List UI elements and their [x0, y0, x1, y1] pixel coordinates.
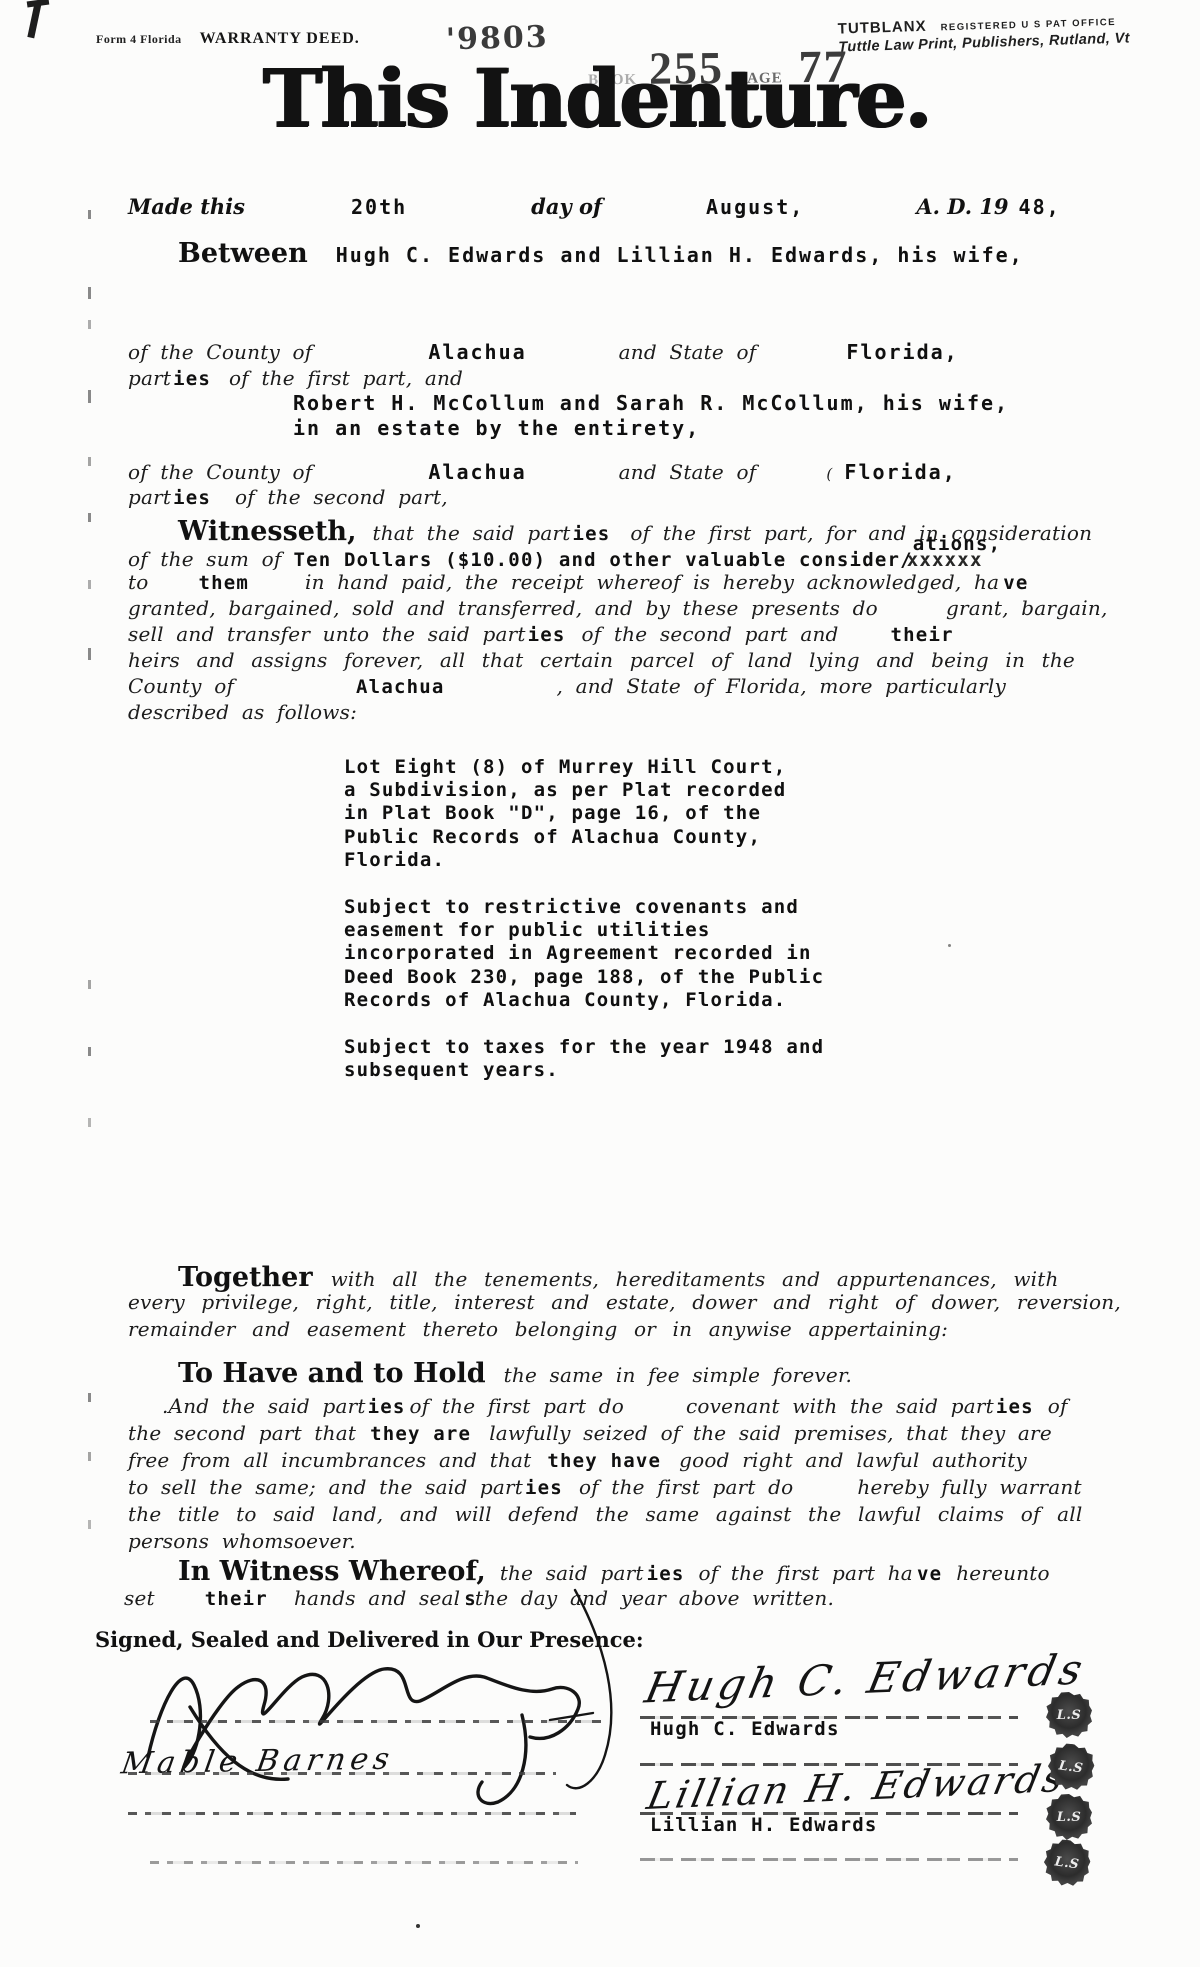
covenant-line-1: .And the said partiesof the first part d…: [162, 1396, 1068, 1418]
typed-insert: their: [891, 624, 954, 646]
between-label: Between: [178, 238, 308, 269]
habendum-line: To Have and to Hold the same in fee simp…: [178, 1360, 852, 1387]
taxes-clause-line: subsequent years.: [344, 1061, 559, 1080]
grantee-county-value: Alachua: [428, 460, 526, 484]
witnesseth-text: of the second part and: [582, 622, 839, 646]
margin-tick: [88, 648, 91, 660]
typed-insert: ies: [368, 1396, 406, 1418]
margin-tick: [88, 1520, 91, 1529]
witnesseth-text: , and State of Florida, more particularl…: [557, 674, 1006, 698]
witness-signature-line: [150, 1720, 602, 1723]
typed-insert: their: [205, 1588, 268, 1610]
grantor-state-value: Florida,: [846, 340, 958, 364]
part-suffix-typed: ies: [173, 368, 211, 390]
legal-description-line: a Subdivision, as per Plat recorded: [344, 781, 786, 800]
covenant-text: to sell the same; and the said part: [128, 1475, 523, 1499]
together-line-1: Together with all the tenements, heredit…: [178, 1264, 1059, 1291]
typed-insert: ies: [528, 624, 566, 646]
seal-label: L.S: [1057, 1811, 1082, 1824]
covenants-clause-line: Deed Book 230, page 188, of the Public: [344, 968, 824, 987]
notary-seal-ls: L.S: [1046, 1692, 1092, 1738]
consideration-typed: Ten Dollars ($10.00) and other valuable …: [293, 549, 912, 571]
together-text: with all the tenements, hereditaments an…: [331, 1267, 1059, 1291]
covenant-line-6: persons whomsoever.: [128, 1531, 356, 1552]
witnesseth-text: to: [128, 570, 148, 594]
typed-insert: ve: [1003, 572, 1028, 594]
deed-type-label: WARRANTY DEED.: [200, 30, 360, 47]
covenant-text: hereby fully warrant: [857, 1475, 1081, 1499]
correction-strikeout: xxxxxx: [907, 551, 983, 570]
form-number-label: Form 4 Florida: [96, 32, 182, 46]
witness-signature-scrawl: [130, 1645, 610, 1810]
together-label: Together: [178, 1262, 313, 1293]
first-part-rest: of the first part, and: [229, 366, 463, 390]
margin-tick: [88, 1393, 91, 1402]
state-of-label: and State of: [619, 460, 757, 484]
covenant-text: lawfully seized of the said premises, th…: [489, 1421, 1052, 1445]
witnesseth-line-4: granted, bargained, sold and transferred…: [128, 598, 1108, 620]
witnesseth-line-6: heirs and assigns forever, all that cert…: [128, 650, 1075, 671]
legal-description-line: Lot Eight (8) of Murrey Hill Court,: [344, 758, 786, 777]
covenant-line-4: to sell the same; and the said parties o…: [128, 1477, 1082, 1499]
covenants-clause-line: Subject to restrictive covenants and: [344, 898, 799, 917]
covenant-text: of the first part do: [579, 1475, 793, 1499]
witnesseth-line-3: to them in hand paid, the receipt whereo…: [128, 572, 1029, 594]
typed-insert: Alachua: [356, 676, 444, 698]
witnesseth-text: in hand paid, the receipt whereof is her…: [305, 570, 999, 594]
typed-correction: ations,xxxxxx: [913, 546, 1009, 566]
testimonium-text: of the first part ha: [699, 1561, 913, 1585]
witnesseth-text: County of: [128, 674, 234, 698]
margin-tick: [88, 580, 91, 589]
witness-signature-line: [150, 1861, 578, 1864]
county-of-label: of the County of: [128, 340, 312, 364]
together-line-2: every privilege, right, title, interest …: [128, 1292, 1121, 1313]
grantor-signature-line: [640, 1858, 1018, 1861]
typed-insert: them: [198, 572, 249, 594]
second-part-line: parties of the second part,: [128, 487, 448, 509]
witnesseth-text: of the first part, for and in considerat…: [630, 521, 1092, 545]
testimonium-line-2: set their hands and sealsthe day and yea…: [124, 1588, 834, 1610]
witnesseth-line-5: sell and transfer unto the said parties …: [128, 624, 954, 646]
grantor-name-typed: Lillian H. Edwards: [650, 1816, 878, 1835]
form-identifier: Form 4 Florida WARRANTY DEED.: [96, 30, 360, 48]
testimonium-text: set: [124, 1586, 155, 1610]
county-of-label: of the County of: [128, 460, 312, 484]
typed-insert: ies: [996, 1396, 1034, 1418]
day-value: 20th: [351, 195, 407, 219]
covenant-text: of: [1048, 1394, 1068, 1418]
margin-tick: [88, 1118, 91, 1127]
testimonium-text: hereunto: [956, 1561, 1050, 1585]
witnesseth-text: of the sum of: [128, 547, 281, 571]
grantor-county-line: of the County of Alachua and State of Fl…: [128, 342, 959, 364]
together-line-3: remainder and easement thereto belonging…: [128, 1319, 948, 1340]
to-have-and-hold-label: To Have and to Hold: [178, 1358, 486, 1389]
covenant-line-5: the title to said land, and will defend …: [128, 1504, 1082, 1525]
ad-19-label: A. D. 19: [916, 194, 1008, 219]
notary-seal-ls: L.S: [1046, 1794, 1092, 1840]
testimonium-line-1: In Witness Whereof, the said parties of …: [178, 1558, 1050, 1585]
testimonium-text: hands and seal: [294, 1586, 460, 1610]
witnesseth-text: granted, bargained, sold and transferred…: [128, 596, 878, 620]
grantor-name-typed: Hugh C. Edwards: [650, 1720, 840, 1739]
covenant-line-3: free from all incumbrances and that they…: [128, 1450, 1027, 1472]
legal-description-line: Public Records of Alachua County,: [344, 828, 761, 847]
typed-insert: ve: [917, 1563, 942, 1585]
covenant-text: .And the said part: [162, 1394, 366, 1418]
covenant-text: the second part that: [128, 1421, 356, 1445]
grantor-signature-lillian-script: Lillian H. Edwards: [644, 1761, 1069, 1813]
typed-insert: ies: [525, 1477, 563, 1499]
described-as-follows: described as follows:: [128, 702, 357, 723]
seal-label: L.S: [1057, 1709, 1082, 1722]
printer-imprint: TUTBLANX REGISTERED U S PAT OFFICE Tuttl…: [838, 11, 1131, 56]
between-line: Between Hugh C. Edwards and Lillian H. E…: [178, 240, 1024, 267]
seal-label: L.S: [1058, 1759, 1084, 1775]
grantee-names: Robert H. McCollum and Sarah R. McCollum…: [293, 393, 1009, 413]
day-of-label: day of: [531, 194, 602, 219]
habendum-text: the same in fee simple forever.: [504, 1363, 852, 1387]
grantor-county-value: Alachua: [428, 340, 526, 364]
first-part-line: parties of the first part, and: [128, 368, 463, 390]
witness-signature-line: [128, 1772, 556, 1775]
state-of-label: and State of: [619, 340, 757, 364]
year-value: 48,: [1019, 195, 1061, 219]
made-this-label: Made this: [128, 194, 245, 219]
in-witness-whereof-label: In Witness Whereof,: [178, 1556, 486, 1587]
part-word: part: [128, 366, 171, 390]
typed-insert: they have: [547, 1450, 661, 1472]
testimonium-text: the said part: [500, 1561, 644, 1585]
margin-tick: [88, 390, 91, 403]
witnesseth-line-2: of the sum of Ten Dollars ($10.00) and o…: [128, 546, 1009, 571]
grantee-estate-type: in an estate by the entirety,: [293, 418, 700, 438]
month-value: August,: [706, 195, 804, 219]
seal-label: L.S: [1054, 1855, 1080, 1871]
legal-description-line: in Plat Book "D", page 16, of the: [344, 804, 761, 823]
second-part-rest: of the second part,: [235, 485, 448, 509]
typed-insert: ies: [573, 523, 611, 545]
covenant-text: covenant with the said part: [686, 1394, 994, 1418]
ink-speck: [948, 944, 951, 947]
document-title: This Indenture.: [262, 58, 930, 138]
margin-tick: [88, 1047, 91, 1056]
witness-signature-line: [128, 1812, 576, 1815]
margin-tick: [88, 287, 91, 299]
witnesseth-text: that the said part: [372, 521, 570, 545]
margin-tick: [88, 980, 91, 989]
grantor-signature-hugh-script: Hugh C. Edwards: [642, 1651, 1089, 1708]
witnesseth-label: Witnesseth,: [178, 516, 356, 547]
witnesseth-text: sell and transfer unto the said part: [128, 622, 526, 646]
made-date-line: Made this 20th day of August, A. D. 19 4…: [128, 196, 1061, 219]
stray-paren-mark: (: [826, 465, 832, 483]
grantee-county-line: of the County of Alachua and State of ( …: [128, 462, 957, 484]
grantor-names: Hugh C. Edwards and Lillian H. Edwards, …: [336, 243, 1024, 267]
covenant-text: of the first part do: [410, 1394, 624, 1418]
covenants-clause-line: incorporated in Agreement recorded in: [344, 944, 812, 963]
margin-tick: [88, 1452, 91, 1461]
covenant-text: free from all incumbrances and that: [128, 1448, 531, 1472]
witnesseth-text: grant, bargain,: [946, 596, 1108, 620]
covenants-clause-line: Records of Alachua County, Florida.: [344, 991, 786, 1010]
legal-description-line: Florida.: [344, 851, 445, 870]
covenant-text: good right and lawful authority: [679, 1448, 1027, 1472]
margin-tick: [88, 320, 91, 329]
margin-tick: [88, 457, 91, 466]
part-suffix-typed: ies: [173, 487, 211, 509]
grantee-state-value: Florida,: [844, 460, 956, 484]
typed-insert: ies: [647, 1563, 685, 1585]
taxes-clause-line: Subject to taxes for the year 1948 and: [344, 1038, 824, 1057]
notary-seal-ls: L.S: [1041, 1837, 1093, 1889]
printer-brand: TUTBLANX: [838, 18, 927, 38]
typed-insert: they are: [370, 1423, 471, 1445]
covenant-line-2: the second part that they are lawfully s…: [128, 1423, 1052, 1445]
part-word: part: [128, 485, 171, 509]
margin-tick: [88, 210, 91, 219]
covenants-clause-line: easement for public utilities: [344, 921, 711, 940]
ink-speck: [416, 1924, 420, 1928]
witnesseth-line-7: County of Alachua , and State of Florida…: [128, 676, 1006, 698]
warranty-deed-document: Form 4 Florida WARRANTY DEED. '9803 TUTB…: [0, 0, 1200, 1967]
margin-tick: [88, 513, 91, 522]
